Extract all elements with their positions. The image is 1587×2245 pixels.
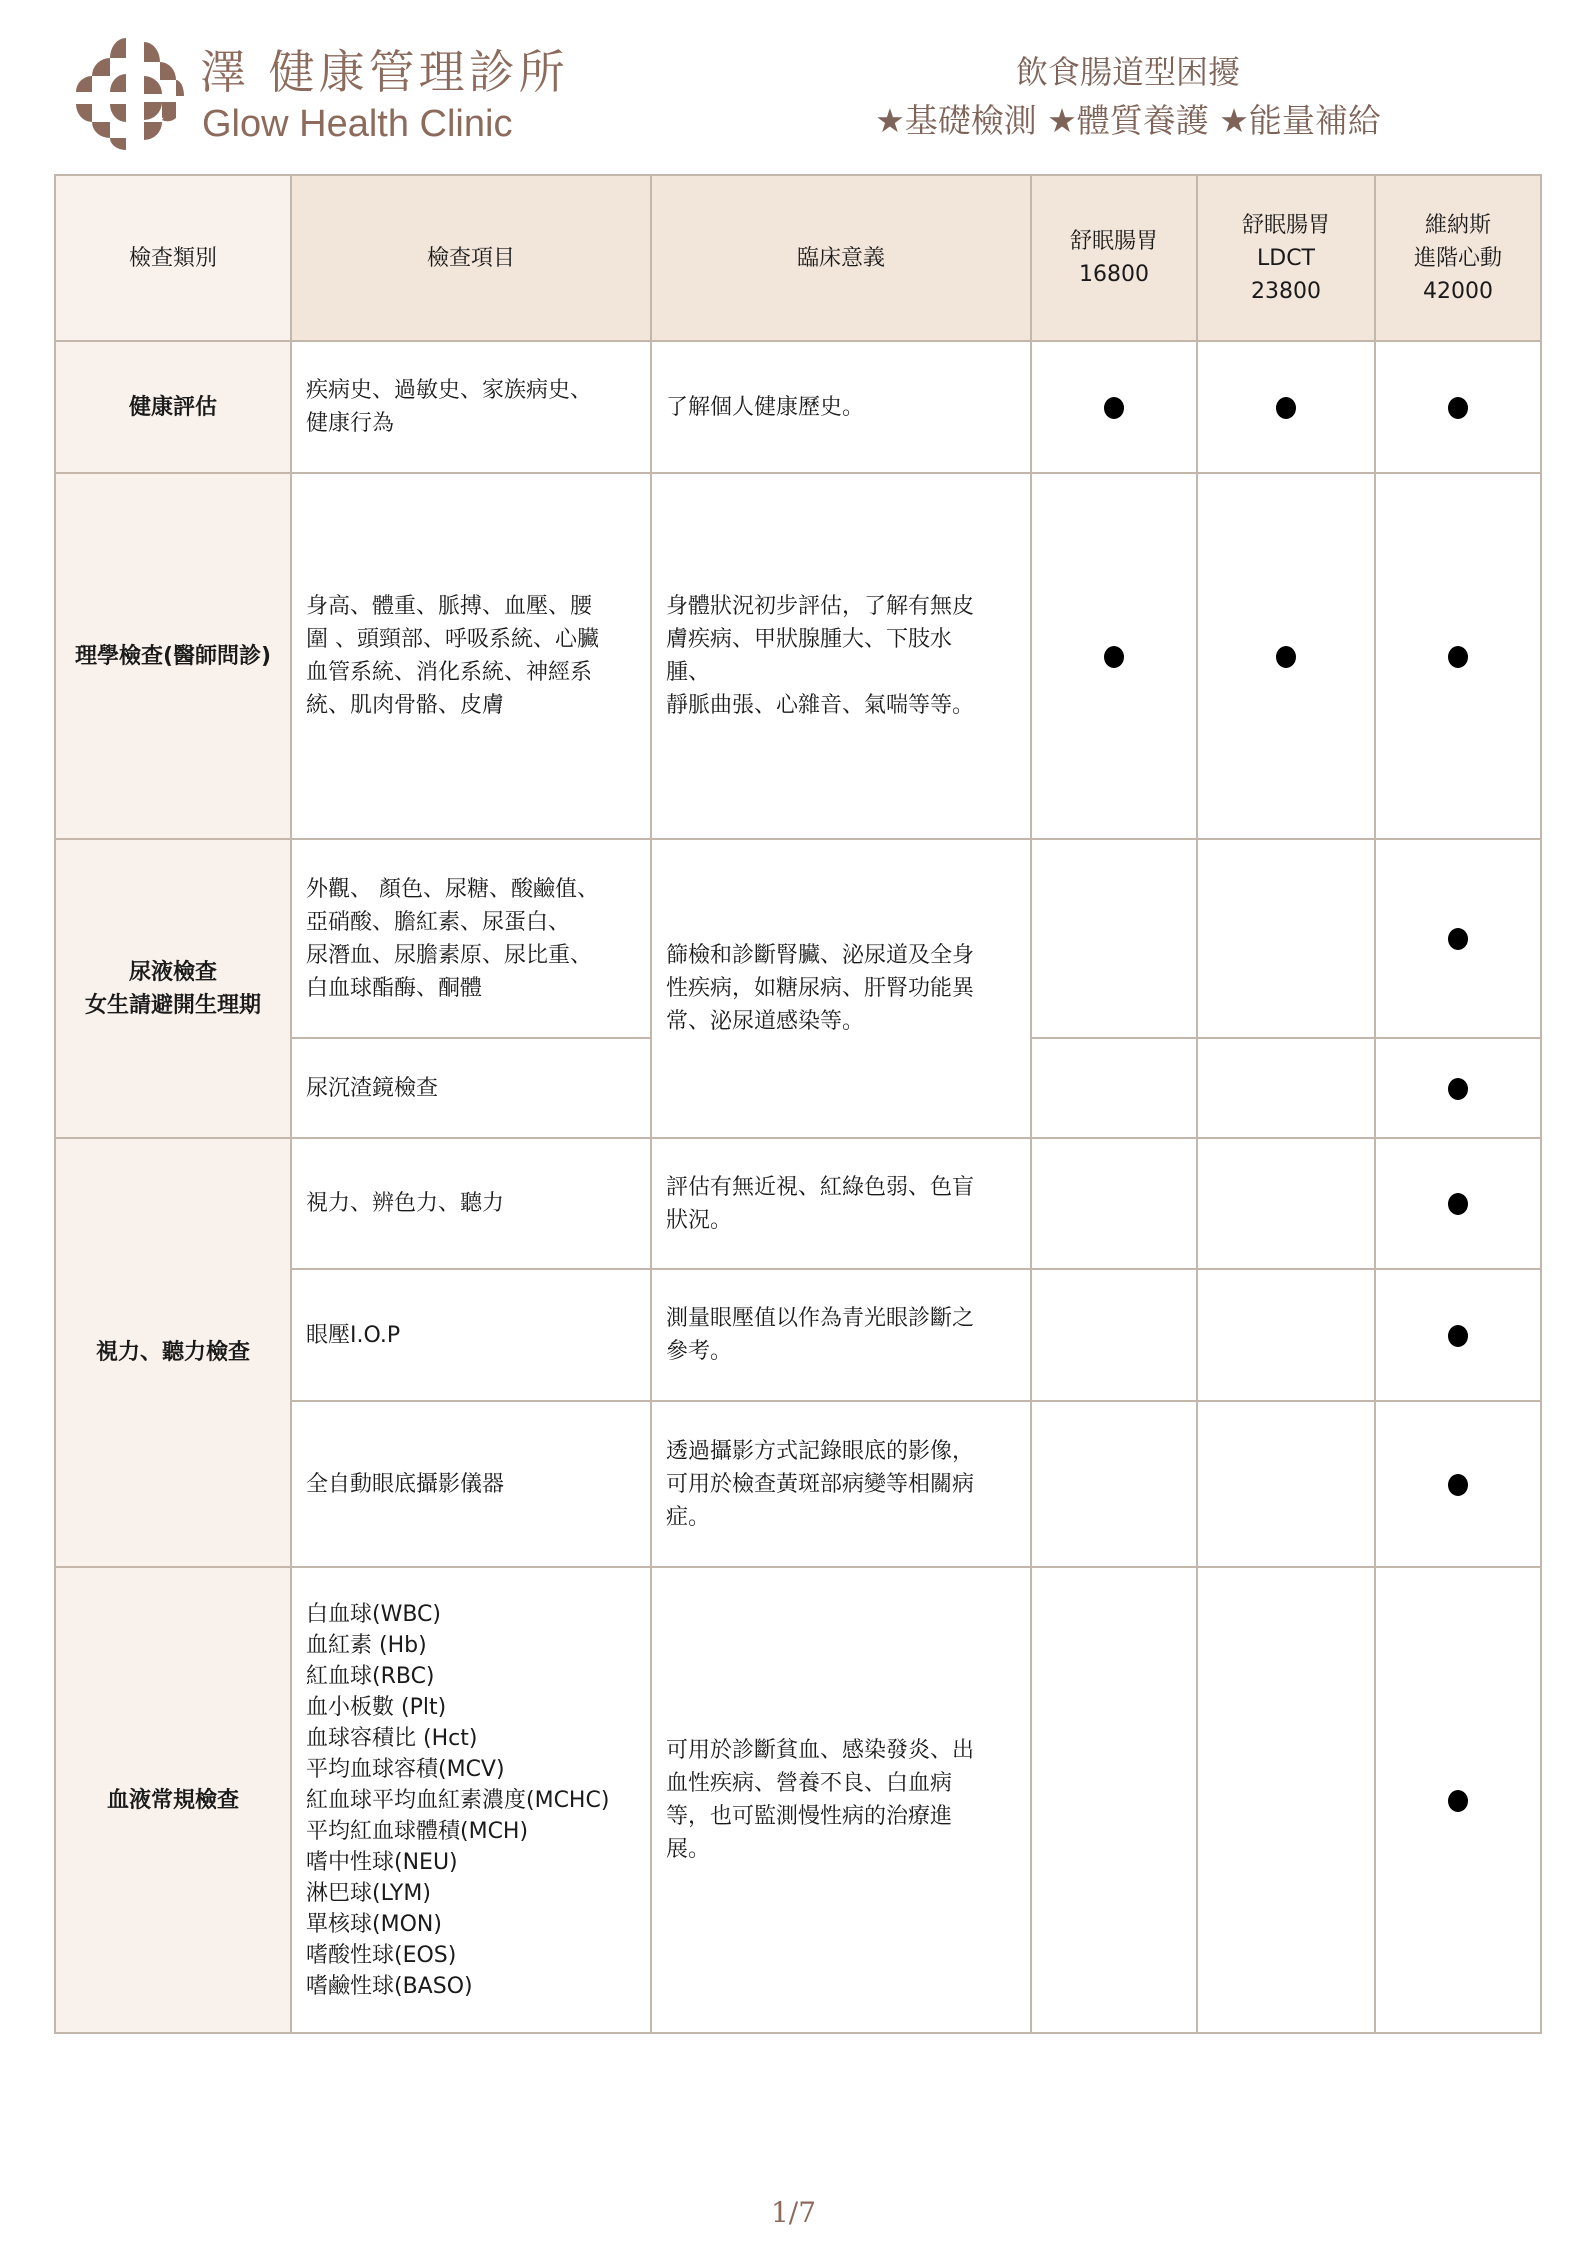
table-row: 血液常規檢查 白血球(WBC) 血紅素 (Hb) 紅血球(RBC) 血小板數 (… xyxy=(55,1567,1541,2033)
meaning-line: 狀況。 xyxy=(666,1204,1016,1237)
category-cell: 視力、聽力檢查 xyxy=(55,1138,291,1567)
header-plan-3: 維納斯 進階心動 42000 xyxy=(1375,175,1541,341)
included-dot-icon xyxy=(1448,1193,1468,1215)
plan-3-included xyxy=(1375,1401,1541,1567)
item-line: 嗜鹼性球(BASO) xyxy=(306,1971,636,2002)
included-dot-icon xyxy=(1448,1790,1468,1812)
item-cell: 身高、體重、脈搏、血壓、腰 圍 、頭頸部、呼吸系統、心臟 血管系統、消化系統、神… xyxy=(291,473,651,839)
item-cell: 眼壓I.O.P xyxy=(291,1269,651,1401)
meaning-line: 症。 xyxy=(666,1501,1016,1534)
item-line: 紅血球(RBC) xyxy=(306,1661,636,1692)
item-line: 全自動眼底攝影儀器 xyxy=(306,1468,636,1501)
item-cell: 尿沉渣鏡檢查 xyxy=(291,1038,651,1138)
meaning-line: 透過攝影方式記錄眼底的影像， xyxy=(666,1435,1016,1468)
meaning-cell: 身體狀況初步評估，了解有無皮 膚疾病、甲狀腺腫大、下肢水 腫、 靜脈曲張、心雜音… xyxy=(651,473,1031,839)
plan-2-variant: LDCT xyxy=(1198,242,1374,275)
meaning-cell: 可用於診斷貧血、感染發炎、出 血性疾病、營養不良、白血病 等，也可監測慢性病的治… xyxy=(651,1567,1031,2033)
header-meaning: 臨床意義 xyxy=(651,175,1031,341)
plan-2-included xyxy=(1197,1567,1375,2033)
plan-3-included xyxy=(1375,1038,1541,1138)
header-plan-1: 舒眠腸胃 16800 xyxy=(1031,175,1197,341)
meaning-line: 參考。 xyxy=(666,1335,1016,1368)
included-dot-icon xyxy=(1104,646,1124,668)
item-line: 白血球(WBC) xyxy=(306,1599,636,1630)
category-cell: 理學檢查(醫師問診) xyxy=(55,473,291,839)
table-row: 健康評估 疾病史、過敏史、家族病史、 健康行為 了解個人健康歷史。 xyxy=(55,341,1541,473)
plan-3-included xyxy=(1375,1269,1541,1401)
included-dot-icon xyxy=(1448,928,1468,950)
meaning-line: 腫、 xyxy=(666,656,1016,689)
meaning-line: 靜脈曲張、心雜音、氣喘等等。 xyxy=(666,689,1016,722)
included-dot-icon xyxy=(1448,646,1468,668)
meaning-line: 可用於檢查黃斑部病變等相關病 xyxy=(666,1468,1016,1501)
meaning-line: 等，也可監測慢性病的治療進 xyxy=(666,1800,1016,1833)
document-title: 飲食腸道型困擾 xyxy=(1000,52,1256,92)
plan-2-name: 舒眠腸胃 xyxy=(1198,209,1374,242)
plan-3-included xyxy=(1375,473,1541,839)
plan-2-included xyxy=(1197,341,1375,473)
item-cell: 視力、辨色力、聽力 xyxy=(291,1138,651,1269)
meaning-line: 展。 xyxy=(666,1833,1016,1866)
plan-2-price: 23800 xyxy=(1198,275,1374,308)
table-row: 尿液檢查 女生請避開生理期 外觀、 顏色、尿糖、酸鹼值、 亞硝酸、膽紅素、尿蛋白… xyxy=(55,839,1541,1038)
item-line: 健康行為 xyxy=(306,407,636,440)
category-label: 尿液檢查 xyxy=(64,956,282,989)
category-cell: 血液常規檢查 xyxy=(55,1567,291,2033)
item-line: 平均紅血球體積(MCH) xyxy=(306,1816,636,1847)
plan-2-included xyxy=(1197,473,1375,839)
item-line: 血球容積比 (Hct) xyxy=(306,1723,636,1754)
meaning-cell: 篩檢和診斷腎臟、泌尿道及全身 性疾病，如糖尿病、肝腎功能異 常、泌尿道感染等。 xyxy=(651,839,1031,1138)
page-number: 1/7 xyxy=(0,2196,1587,2229)
included-dot-icon xyxy=(1448,1078,1468,1100)
item-cell: 疾病史、過敏史、家族病史、 健康行為 xyxy=(291,341,651,473)
included-dot-icon xyxy=(1448,1474,1468,1496)
plan-3-price: 42000 xyxy=(1376,275,1540,308)
table-header-row: 檢查類別 檢查項目 臨床意義 舒眠腸胃 16800 舒眠腸胃 LDCT 2380… xyxy=(55,175,1541,341)
item-line: 外觀、 顏色、尿糖、酸鹼值、 xyxy=(306,873,636,906)
item-line: 尿潛血、尿膽素原、尿比重、 xyxy=(306,939,636,972)
header-item: 檢查項目 xyxy=(291,175,651,341)
item-cell: 全自動眼底攝影儀器 xyxy=(291,1401,651,1567)
meaning-cell: 透過攝影方式記錄眼底的影像， 可用於檢查黃斑部病變等相關病 症。 xyxy=(651,1401,1031,1567)
included-dot-icon xyxy=(1276,397,1296,419)
header-plan-2: 舒眠腸胃 LDCT 23800 xyxy=(1197,175,1375,341)
category-label: 理學檢查(醫師問診) xyxy=(64,640,282,673)
item-line: 統、肌肉骨骼、皮膚 xyxy=(306,689,636,722)
item-line: 淋巴球(LYM) xyxy=(306,1878,636,1909)
item-line: 疾病史、過敏史、家族病史、 xyxy=(306,374,636,407)
item-line: 紅血球平均血紅素濃度(MCHC) xyxy=(306,1785,636,1816)
category-cell: 健康評估 xyxy=(55,341,291,473)
meaning-cell: 測量眼壓值以作為青光眼診斷之 參考。 xyxy=(651,1269,1031,1401)
category-label: 健康評估 xyxy=(64,391,282,424)
plan-1-included xyxy=(1031,341,1197,473)
item-line: 血小板數 (Plt) xyxy=(306,1692,636,1723)
category-label: 視力、聽力檢查 xyxy=(64,1336,282,1369)
meaning-line: 篩檢和診斷腎臟、泌尿道及全身 xyxy=(666,939,1016,972)
meaning-line: 常、泌尿道感染等。 xyxy=(666,1005,1016,1038)
plan-1-included xyxy=(1031,1038,1197,1138)
item-line: 白血球酯酶、酮體 xyxy=(306,972,636,1005)
plan-1-included xyxy=(1031,1401,1197,1567)
meaning-line: 血性疾病、營養不良、白血病 xyxy=(666,1767,1016,1800)
item-line: 嗜酸性球(EOS) xyxy=(306,1940,636,1971)
meaning-line: 可用於診斷貧血、感染發炎、出 xyxy=(666,1734,1016,1767)
brand-name-english: Glow Health Clinic xyxy=(202,102,512,146)
item-line: 圍 、頭頸部、呼吸系統、心臟 xyxy=(306,623,636,656)
included-dot-icon xyxy=(1276,646,1296,668)
exam-comparison-table: 檢查類別 檢查項目 臨床意義 舒眠腸胃 16800 舒眠腸胃 LDCT 2380… xyxy=(54,174,1542,2034)
plan-1-price: 16800 xyxy=(1032,258,1196,291)
page-header: 澤 健康管理診所 Glow Health Clinic 飲食腸道型困擾 ★基礎檢… xyxy=(0,0,1587,170)
meaning-line: 性疾病，如糖尿病、肝腎功能異 xyxy=(666,972,1016,1005)
item-line: 單核球(MON) xyxy=(306,1909,636,1940)
meaning-line: 評估有無近視、紅綠色弱、色盲 xyxy=(666,1171,1016,1204)
item-line: 尿沉渣鏡檢查 xyxy=(306,1072,636,1105)
plan-1-included xyxy=(1031,1567,1197,2033)
category-note: 女生請避開生理期 xyxy=(64,989,282,1022)
table-row: 理學檢查(醫師問診) 身高、體重、脈搏、血壓、腰 圍 、頭頸部、呼吸系統、心臟 … xyxy=(55,473,1541,839)
item-line: 平均血球容積(MCV) xyxy=(306,1754,636,1785)
plan-3-variant: 進階心動 xyxy=(1376,242,1540,275)
brand-name-chinese: 澤 健康管理診所 xyxy=(200,44,569,100)
plan-3-included xyxy=(1375,839,1541,1038)
included-dot-icon xyxy=(1104,397,1124,419)
clinic-logo-icon xyxy=(76,36,184,150)
item-line: 亞硝酸、膽紅素、尿蛋白、 xyxy=(306,906,636,939)
plan-3-included xyxy=(1375,1138,1541,1269)
plan-2-included xyxy=(1197,1269,1375,1401)
item-line: 身高、體重、脈搏、血壓、腰 xyxy=(306,590,636,623)
item-cell: 白血球(WBC) 血紅素 (Hb) 紅血球(RBC) 血小板數 (Plt) 血球… xyxy=(291,1567,651,2033)
plan-2-included xyxy=(1197,1138,1375,1269)
plan-1-included xyxy=(1031,839,1197,1038)
plan-1-included xyxy=(1031,1138,1197,1269)
meaning-cell: 評估有無近視、紅綠色弱、色盲 狀況。 xyxy=(651,1138,1031,1269)
plan-1-included xyxy=(1031,473,1197,839)
meaning-cell: 了解個人健康歷史。 xyxy=(651,341,1031,473)
category-cell: 尿液檢查 女生請避開生理期 xyxy=(55,839,291,1138)
item-line: 血管系統、消化系統、神經系 xyxy=(306,656,636,689)
plan-2-included xyxy=(1197,839,1375,1038)
meaning-line: 測量眼壓值以作為青光眼診斷之 xyxy=(666,1302,1016,1335)
category-label: 血液常規檢查 xyxy=(64,1784,282,1817)
plan-3-included xyxy=(1375,1567,1541,2033)
meaning-line: 身體狀況初步評估，了解有無皮 xyxy=(666,590,1016,623)
plan-2-included xyxy=(1197,1038,1375,1138)
item-cell: 外觀、 顏色、尿糖、酸鹼值、 亞硝酸、膽紅素、尿蛋白、 尿潛血、尿膽素原、尿比重… xyxy=(291,839,651,1038)
item-line: 視力、辨色力、聽力 xyxy=(306,1187,636,1220)
table-row: 視力、聽力檢查 視力、辨色力、聽力 評估有無近視、紅綠色弱、色盲 狀況。 xyxy=(55,1138,1541,1269)
meaning-line: 膚疾病、甲狀腺腫大、下肢水 xyxy=(666,623,1016,656)
document-subtitle: ★基礎檢測 ★體質養護 ★能量補給 xyxy=(800,100,1456,142)
item-line: 嗜中性球(NEU) xyxy=(306,1847,636,1878)
meaning-line: 了解個人健康歷史。 xyxy=(666,391,1016,424)
item-line: 眼壓I.O.P xyxy=(306,1319,636,1352)
plan-2-included xyxy=(1197,1401,1375,1567)
item-line: 血紅素 (Hb) xyxy=(306,1630,636,1661)
included-dot-icon xyxy=(1448,1325,1468,1347)
plan-3-included xyxy=(1375,341,1541,473)
included-dot-icon xyxy=(1448,397,1468,419)
plan-1-included xyxy=(1031,1269,1197,1401)
plan-3-name: 維納斯 xyxy=(1376,209,1540,242)
plan-1-name: 舒眠腸胃 xyxy=(1032,225,1196,258)
header-category: 檢查類別 xyxy=(55,175,291,341)
